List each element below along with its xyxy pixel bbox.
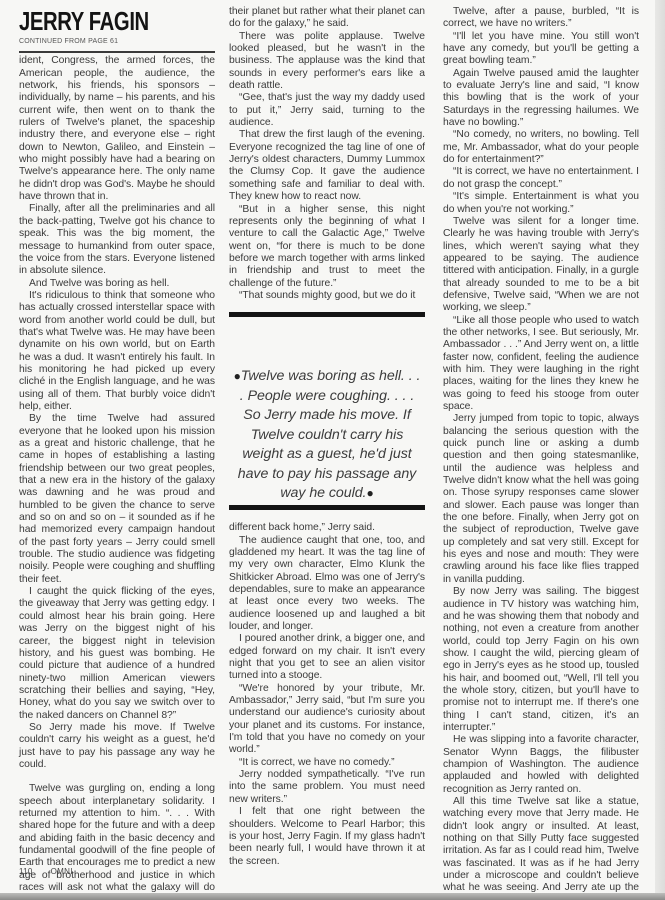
magazine-name: OMNI	[51, 867, 73, 876]
paragraph: There was polite applause. Twelve looked…	[229, 31, 425, 93]
paragraph: “Like all those people who used to watch…	[443, 315, 639, 414]
paragraph: “That sounds mighty good, but we do it	[229, 290, 425, 302]
paragraph: “Gee, that's just the way my daddy used …	[229, 92, 425, 129]
paragraph: “I'll let you have mine. You still won't…	[443, 31, 639, 68]
paragraph: He was slipping into a favorite characte…	[443, 734, 639, 796]
paragraph: That drew the first laugh of the evening…	[229, 129, 425, 203]
paragraph: Twelve, after a pause, burbled, “It is c…	[443, 6, 639, 31]
column-3: Twelve, after a pause, burbled, “It is c…	[443, 6, 639, 900]
paragraph: I caught the quick flicking of the eyes,…	[19, 586, 215, 722]
paragraph: “It is correct, we have no entertainment…	[443, 166, 639, 191]
paragraph: their planet but rather what their plane…	[229, 6, 425, 31]
paragraph: By the time Twelve had assured everyone …	[19, 413, 215, 586]
pull-quote-text: Twelve was boring as hell. . . . People …	[238, 368, 421, 501]
pull-quote: ●Twelve was boring as hell. . . . People…	[229, 312, 425, 510]
paragraph: Again Twelve paused amid the laughter to…	[443, 68, 639, 130]
magazine-page: JERRY FAGIN CONTINUED FROM PAGE 61 ident…	[0, 0, 655, 893]
paragraph: “It's simple. Entertainment is what you …	[443, 191, 639, 216]
column-1: JERRY FAGIN CONTINUED FROM PAGE 61 ident…	[19, 0, 215, 900]
paragraph: Twelve was gurgling on, ending a long sp…	[19, 783, 215, 900]
paragraph: different back home,” Jerry said.	[229, 522, 425, 534]
open-quote-icon: ●	[234, 369, 241, 383]
page-edge	[655, 0, 665, 900]
paragraph: Jerry jumped from topic to topic, always…	[443, 413, 639, 586]
page-number: 110	[19, 867, 33, 876]
paragraph: “We're honored by your tribute, Mr. Amba…	[229, 683, 425, 757]
paragraph: I felt that one right between the should…	[229, 806, 425, 868]
paragraph: I poured another drink, a bigger one, an…	[229, 633, 425, 682]
article-title: JERRY FAGIN	[19, 8, 172, 34]
paragraph: “No comedy, no writers, no bowling. Tell…	[443, 129, 639, 166]
paragraph: “But in a higher sense, this night repre…	[229, 204, 425, 290]
page-bottom-edge	[0, 893, 665, 900]
paragraph: It's ridiculous to think that someone wh…	[19, 290, 215, 413]
paragraph: The audience caught that one, too, and g…	[229, 535, 425, 634]
paragraph: Jerry nodded sympathetically. “I've run …	[229, 769, 425, 806]
paragraph: By now Jerry was sailing. The biggest au…	[443, 586, 639, 734]
paragraph: “It is correct, we have no comedy.”	[229, 757, 425, 769]
paragraph: So Jerry made his move. If Twelve couldn…	[19, 722, 215, 771]
paragraph: Finally, after all the preliminaries and…	[19, 203, 215, 277]
paragraph: And Twelve was boring as hell.	[19, 278, 215, 290]
close-quote-icon: ●	[366, 486, 373, 500]
continued-from-label: CONTINUED FROM PAGE 61	[19, 36, 215, 53]
page-folio: 110OMNI	[19, 867, 91, 876]
column-2: their planet but rather what their plane…	[229, 6, 425, 868]
paragraph: All this time Twelve sat like a statue, …	[443, 796, 639, 900]
paragraph: Twelve was silent for a longer time. Cle…	[443, 216, 639, 315]
paragraph: ident, Congress, the armed forces, the A…	[19, 55, 215, 203]
